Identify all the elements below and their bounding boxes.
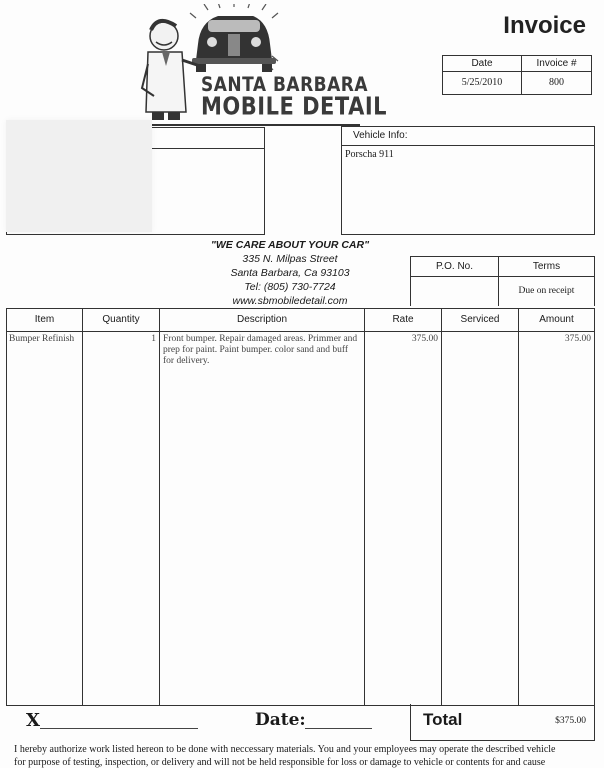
- logo-underline: [150, 124, 360, 126]
- row-amount: 375.00: [519, 334, 591, 345]
- date-header: Date: [443, 56, 521, 71]
- company-info: "WE CARE ABOUT YOUR CAR" 335 N. Milpas S…: [190, 238, 390, 308]
- row-description: Front bumper. Repair damaged areas. Prim…: [163, 334, 361, 367]
- disclaimer-line-2: for purpose of testing, inspection, or d…: [14, 756, 604, 768]
- po-terms-table: P.O. No. Terms Due on receipt: [410, 256, 595, 306]
- column-header-rate: Rate: [365, 309, 441, 331]
- column-header-item: Item: [7, 309, 82, 331]
- terms-value: Due on receipt: [499, 277, 594, 306]
- line-items-table: Item Quantity Description Rate Serviced …: [6, 308, 595, 706]
- signature-line[interactable]: [40, 728, 198, 729]
- signature-date-label: Date:: [255, 710, 306, 730]
- terms-header: Terms: [499, 257, 594, 276]
- row-quantity: 1: [83, 334, 156, 345]
- customer-redaction: [6, 120, 152, 232]
- row-rate: 375.00: [365, 334, 438, 345]
- invoice-number-header: Invoice #: [522, 56, 591, 71]
- company-address: 335 N. Milpas Street: [190, 252, 390, 266]
- signature-date-line[interactable]: [305, 728, 372, 729]
- po-header: P.O. No.: [411, 257, 498, 276]
- vehicle-info-value: Porscha 911: [345, 149, 394, 160]
- company-slogan: "WE CARE ABOUT YOUR CAR": [190, 238, 390, 252]
- row-item: Bumper Refinish: [9, 334, 81, 345]
- company-city: Santa Barbara, Ca 93103: [190, 266, 390, 280]
- signature-mark: X: [26, 710, 40, 731]
- document-title: Invoice: [503, 12, 586, 40]
- invoice-meta-table: Date Invoice # 5/25/2010 800: [442, 55, 592, 95]
- company-name-line2: MOBILE DETAIL: [201, 92, 387, 121]
- company-logo: SANTA BARBARA MOBILE DETAIL: [138, 4, 358, 126]
- vehicle-info-box: Vehicle Info: Porscha 911: [341, 126, 595, 235]
- total-value: $375.00: [555, 716, 586, 726]
- column-header-serviced: Serviced: [442, 309, 518, 331]
- total-box: Total $375.00: [410, 704, 595, 741]
- vehicle-info-label: Vehicle Info:: [353, 130, 407, 141]
- column-header-amount: Amount: [519, 309, 594, 331]
- total-label: Total: [423, 710, 462, 730]
- po-value: [411, 277, 498, 306]
- column-header-quantity: Quantity: [83, 309, 159, 331]
- date-value: 5/25/2010: [443, 72, 521, 94]
- company-website: www.sbmobiledetail.com: [190, 294, 390, 308]
- invoice-number-value: 800: [522, 72, 591, 94]
- disclaimer-line-1: I hereby authorize work listed hereon to…: [14, 743, 604, 756]
- column-header-description: Description: [160, 309, 364, 331]
- company-phone: Tel: (805) 730-7724: [190, 280, 390, 294]
- authorization-disclaimer: I hereby authorize work listed hereon to…: [14, 743, 604, 768]
